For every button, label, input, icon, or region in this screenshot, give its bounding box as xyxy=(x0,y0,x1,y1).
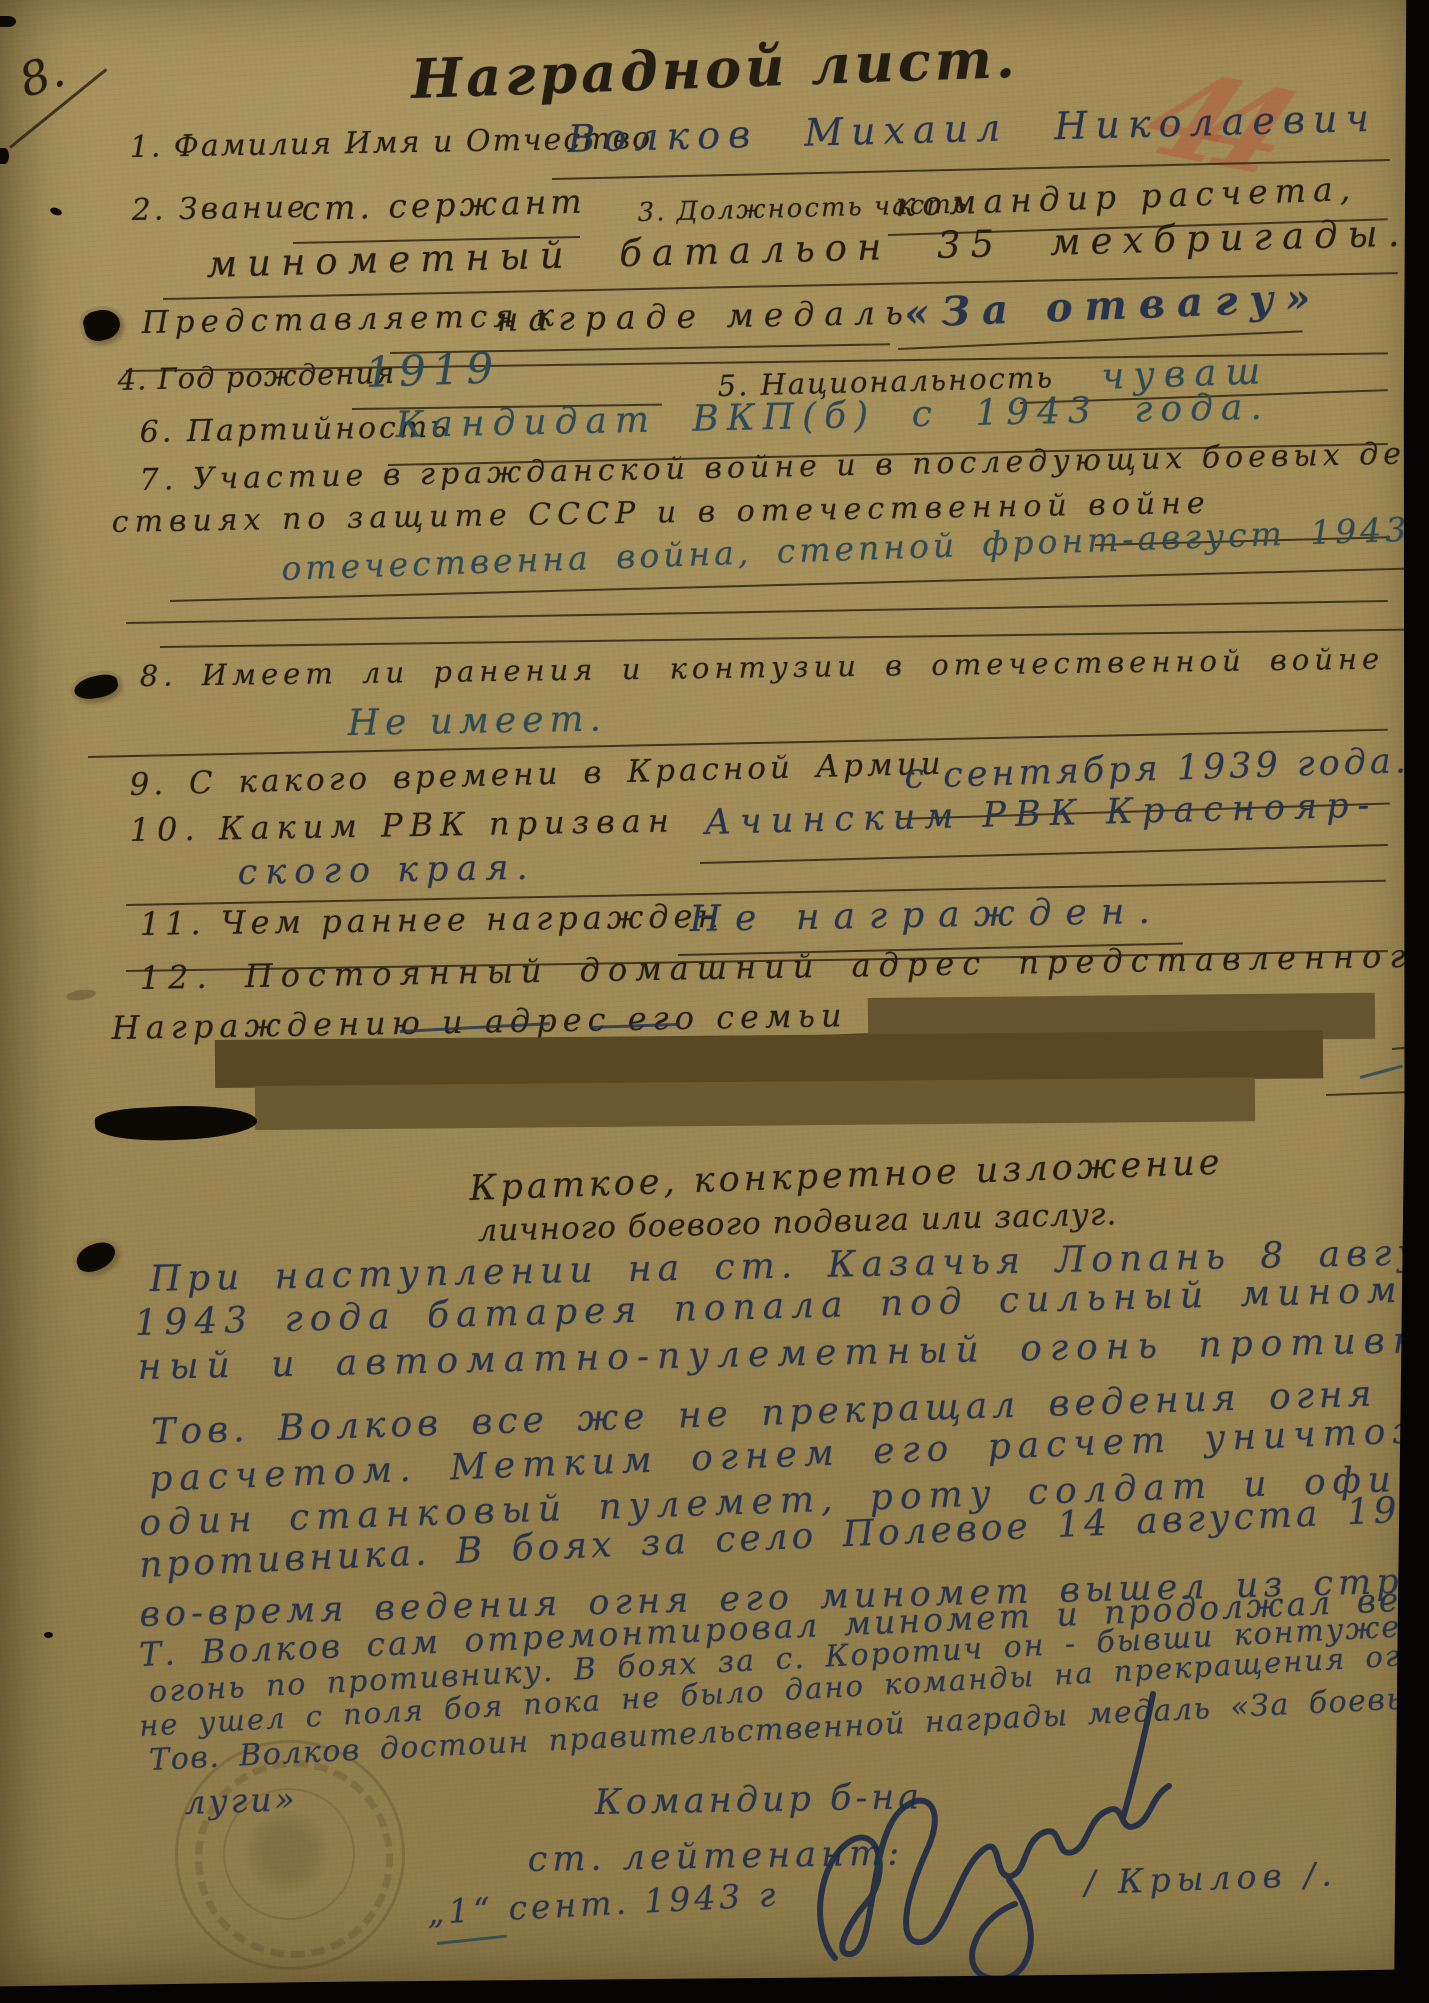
field-4-value: 1919 xyxy=(365,347,501,394)
field-10-value-line2: ского края. xyxy=(237,851,536,891)
field-2-label: 2. Звание xyxy=(131,193,308,226)
signature xyxy=(805,1690,1245,1990)
paper-hole xyxy=(73,1238,119,1275)
presented-for-value: награде медаль xyxy=(496,296,913,336)
ruled-line xyxy=(700,844,1388,864)
paper-hole xyxy=(81,306,123,344)
document-title: Наградной лист. xyxy=(410,31,1019,106)
stamp-emblem xyxy=(245,1810,329,1894)
field-11-value: Не награжден. xyxy=(689,894,1164,938)
pen-dash xyxy=(1360,1065,1403,1079)
award-name: «За отвагу» xyxy=(903,278,1323,334)
field-8-value: Не имеет. xyxy=(347,701,607,742)
field-12-label-line1: 12. Постоянный домашний адрес представле… xyxy=(139,938,1429,994)
paper-crease xyxy=(65,988,96,1002)
field-8-label: 8. Имеет ли ранения и контузии в отечест… xyxy=(140,645,1385,691)
ink-speck xyxy=(49,206,63,217)
field-1-value: Волков Михаил Николаевич xyxy=(567,99,1377,158)
ink-speck xyxy=(0,16,16,27)
field-4-label: 4. Год рождения xyxy=(117,359,395,395)
field-10-value: Ачинским РВК Краснояр- xyxy=(704,788,1379,841)
field-9-label: 9. С какого времени в Красной Армии xyxy=(129,749,945,801)
field-3-value: командир расчета, xyxy=(895,172,1358,221)
ink-speck xyxy=(44,1632,53,1638)
ink-blot xyxy=(94,1102,258,1144)
redaction-bar xyxy=(255,1077,1255,1130)
field-10-label: 10. Каким РВК призван xyxy=(129,804,676,846)
field-2-value: ст. сержант xyxy=(301,185,586,225)
award-sheet-scan: 8. 44 Наградной лист. 1. Фамилия Имя и О… xyxy=(0,0,1429,2003)
signature-date: „1“ сент. 1943 г xyxy=(426,1878,780,1929)
field-7-label-line1: 7. Участие в гражданской войне и в после… xyxy=(139,439,1429,496)
paper-hole xyxy=(72,672,119,701)
archive-page-number: 8. xyxy=(14,47,70,104)
scan-edge-right xyxy=(1394,0,1429,2003)
field-6-value: Кандидат ВКП(б) с 1943 года. xyxy=(395,390,1270,444)
ink-speck xyxy=(0,148,9,164)
field-11-label: 11. Чем раннее награжден xyxy=(140,900,724,940)
body-line: луги» xyxy=(184,1782,298,1819)
ruled-line xyxy=(126,600,1388,624)
date-underline xyxy=(437,1935,507,1945)
